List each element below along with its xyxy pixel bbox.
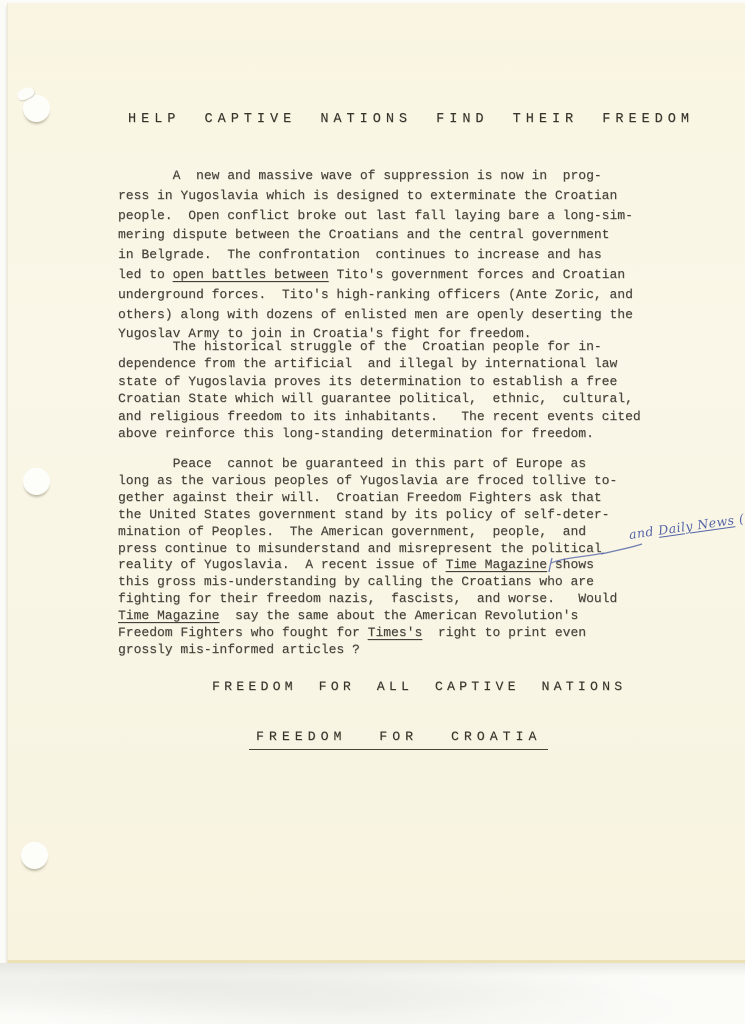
text-segment: this gross mis-understanding by calling … <box>118 574 594 589</box>
text-line: in Belgrade. The confrontation continues… <box>118 245 633 265</box>
underlined-text: Time Magazine <box>118 608 219 623</box>
scanner-background <box>0 963 745 1024</box>
text-line: Peace cannot be guaranteed in this part … <box>118 456 617 473</box>
text-segment: state of Yugoslavia proves its determina… <box>118 374 617 389</box>
hole-punch-bottom <box>21 842 48 869</box>
text-segment: gether against their will. Croatian Free… <box>118 490 602 505</box>
text-segment: Peace cannot be guaranteed in this part … <box>118 456 586 471</box>
text-line: ress in Yugoslavia which is designed to … <box>118 186 633 206</box>
underlined-text: Times's <box>368 625 423 640</box>
paragraph-peace: Peace cannot be guaranteed in this part … <box>118 456 617 659</box>
text-line: Croatian State which will guarantee poli… <box>118 390 641 407</box>
text-line: fighting for their freedom nazis, fascis… <box>118 591 617 608</box>
text-segment: shows <box>547 557 594 572</box>
text-line: and religious freedom to its inhabitants… <box>118 408 641 425</box>
text-segment: mering dispute between the Croatians and… <box>118 227 609 242</box>
text-line: above reinforce this long-standing deter… <box>118 425 641 442</box>
text-segment: people. Open conflict broke out last fal… <box>118 208 633 223</box>
text-segment: reality of Yugoslavia. A recent issue of <box>118 557 446 572</box>
text-segment: A new and massive wave of suppression is… <box>118 168 602 183</box>
underlined-text: open battles between <box>173 267 329 282</box>
text-segment: ress in Yugoslavia which is designed to … <box>118 188 617 203</box>
text-line: led to open battles between Tito's gover… <box>118 265 633 285</box>
text-segment: Croatian State which will guarantee poli… <box>118 391 633 406</box>
scanned-page: HELP CAPTIVE NATIONS FIND THEIR FREEDOM … <box>0 0 745 1024</box>
text-line: state of Yugoslavia proves its determina… <box>118 373 641 390</box>
text-line: Freedom Fighters who fought for Times's … <box>118 625 617 642</box>
text-line: mering dispute between the Croatians and… <box>118 225 633 245</box>
text-segment: long as the various peoples of Yugoslavi… <box>118 473 617 488</box>
text-line: A new and massive wave of suppression is… <box>118 166 633 186</box>
text-segment: in Belgrade. The confrontation continues… <box>118 247 602 262</box>
text-segment: Tito's government forces and Croatian <box>329 267 625 282</box>
text-line: this gross mis-understanding by calling … <box>118 574 617 591</box>
text-segment: Freedom Fighters who fought for <box>118 625 368 640</box>
text-segment: The historical struggle of the Croatian … <box>118 339 602 354</box>
text-line: reality of Yugoslavia. A recent issue of… <box>118 557 617 574</box>
text-line: Time Magazine say the same about the Ame… <box>118 608 617 625</box>
text-line: people. Open conflict broke out last fal… <box>118 206 633 226</box>
text-segment: right to print even <box>422 625 586 640</box>
text-segment: press continue to misunderstand and misr… <box>118 541 602 556</box>
footer-slogan: FREEDOM FOR CROATIA <box>249 729 548 750</box>
text-segment: and religious freedom to its inhabitants… <box>118 409 641 424</box>
text-segment: others) along with dozens of enlisted me… <box>118 307 633 322</box>
text-segment: dependence from the artificial and illeg… <box>118 356 617 371</box>
text-line: dependence from the artificial and illeg… <box>118 355 641 372</box>
text-segment: underground forces. Tito's high-ranking … <box>118 287 633 302</box>
text-segment: fighting for their freedom nazis, fascis… <box>118 591 617 606</box>
text-line: grossly mis-informed articles ? <box>118 642 617 659</box>
text-line: underground forces. Tito's high-ranking … <box>118 285 633 305</box>
text-segment: the United States government stand by it… <box>118 507 609 522</box>
paragraph-suppression: A new and massive wave of suppression is… <box>118 166 633 344</box>
footer-heading: FREEDOM FOR ALL CAPTIVE NATIONS <box>212 679 626 694</box>
underlined-text: Time Magazine <box>446 557 547 572</box>
text-line: The historical struggle of the Croatian … <box>118 338 641 355</box>
text-line: the United States government stand by it… <box>118 507 617 524</box>
text-line: others) along with dozens of enlisted me… <box>118 305 633 325</box>
document-title: HELP CAPTIVE NATIONS FIND THEIR FREEDOM <box>128 112 694 127</box>
text-line: long as the various peoples of Yugoslavi… <box>118 473 617 490</box>
text-segment: above reinforce this long-standing deter… <box>118 426 594 441</box>
text-line: gether against their will. Croatian Free… <box>118 490 617 507</box>
text-segment: led to <box>118 267 173 282</box>
text-line: press continue to misunderstand and misr… <box>118 541 617 558</box>
paragraph-historical-struggle: The historical struggle of the Croatian … <box>118 338 641 442</box>
text-segment: say the same about the American Revoluti… <box>219 608 578 623</box>
hole-punch-middle <box>23 468 50 495</box>
hole-punch-top <box>23 95 50 122</box>
text-segment: grossly mis-informed articles ? <box>118 642 360 657</box>
text-line: mination of Peoples. The American govern… <box>118 524 617 541</box>
text-segment: mination of Peoples. The American govern… <box>118 524 586 539</box>
